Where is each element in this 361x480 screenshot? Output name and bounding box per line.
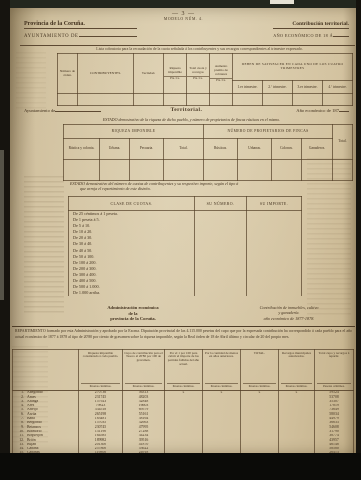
col-header-pueblos	[13, 350, 79, 391]
cuota-row: De 25 céntimos á 1 peseta.	[69, 211, 302, 218]
col-header-partidas-fallidas: Por el 1 por 100 para cubrir el importe …	[165, 350, 203, 391]
col-header-menos-text: Por la cantidad de menos en años anterio…	[203, 350, 240, 382]
unit-pesetas-centimos: Pesetas céntimos.	[317, 383, 351, 389]
col-header-total: Total.	[333, 125, 353, 160]
col-header-fallidas-text: Por el 1 por 100 para cubrir el importe …	[165, 350, 202, 382]
cuota-clase: De 1.000 arriba.	[69, 290, 195, 296]
empty-cell	[233, 94, 263, 106]
ayuntamiento-label-text: AYUNTAMIENTO DE	[24, 34, 79, 39]
municipality-name: Ares	[27, 404, 34, 407]
empty-cell	[134, 94, 164, 106]
lista-cobratoria-caption: Lista cobratoria para la recaudación de …	[50, 47, 349, 51]
col-header-su-importe: SU IMPORTE.	[247, 197, 302, 211]
municipality-name: Brión	[27, 438, 36, 441]
col-header-trimestre-3: 3.er trimestre.	[293, 81, 323, 94]
col-header-recargos: Recargos municipales autorizados. Peseta…	[279, 350, 315, 391]
col-header-trimestre-1: 1.er trimestre.	[233, 81, 263, 94]
municipality-name: Buján	[27, 443, 36, 446]
empty-cell	[204, 160, 238, 181]
unit-pesetas-centimos: Pesetas céntimos.	[81, 383, 120, 389]
unit-pts-cs: Pts. Cs.	[210, 78, 232, 83]
cuota-clase: De 25 céntimos á 1 peseta.	[69, 211, 195, 218]
lista-cobratoria-table: Número de órden. CONTRIBUYENTES. Vecinda…	[57, 53, 353, 106]
col-header-rusticas: Rústicas.	[204, 139, 238, 160]
empty-cell	[263, 94, 293, 106]
municipality-rows: 1.Abegondo 270736 56313 » » » » 59524 2.…	[13, 391, 354, 455]
estado-cuotas-caption-line2: que arroja el repartimiento de este dist…	[70, 186, 308, 191]
unit-pts-cs: Pts. Cs.	[187, 76, 209, 81]
scan-artifact	[270, 0, 294, 4]
scan-bed-top	[0, 0, 361, 8]
col-header-total-riqueza: Total.	[164, 139, 204, 160]
col-header-numero-orden-text: Número de órden.	[58, 70, 77, 78]
trimestres-banner: DEBEN DE SATISFACER EN CADA UNO DE LOS C…	[233, 54, 353, 81]
scan-bleed-artifact	[24, 176, 64, 316]
scan-bleed-artifact	[16, 52, 46, 112]
col-header-riqueza-text: Riqueza imponible	[164, 67, 186, 75]
col-header-aumento-text: Aumento premio de cobranza	[210, 65, 232, 77]
col-header-riqueza-text: Riqueza imponible considerada á cada pue…	[79, 350, 122, 382]
col-header-aumento-cobranza: Aumento premio de cobranza Pts. Cs.	[210, 54, 233, 94]
municipality-name: Boqueijón	[27, 434, 43, 437]
cuota-importe	[247, 211, 302, 218]
municipality-name: Aranga	[27, 400, 38, 403]
col-header-menos-anteriores: Por la cantidad de menos en años anterio…	[203, 350, 241, 391]
col-header-pueblos-text	[13, 350, 78, 382]
empty-cell	[164, 160, 204, 181]
col-header-contribuyentes: CONTRIBUYENTES.	[78, 54, 134, 94]
col-header-total-cuota: Total cuota y recargos Pts. Cs.	[187, 54, 210, 94]
year-187-label: Año económico de 187	[296, 107, 349, 113]
administracion-line3: provincia de la Coruña.	[62, 316, 204, 322]
col-header-vecindad-text: Vecindad.	[134, 72, 163, 76]
empty-cell	[323, 94, 353, 106]
municipality-name: Betanzos	[27, 425, 41, 428]
empty-cell	[58, 94, 78, 106]
empty-cell	[164, 94, 187, 106]
province-title: Provincia de la Coruña.	[24, 21, 137, 29]
col-header-clase-cuotas: CLASE DE CUOTAS.	[69, 197, 195, 211]
clases-de-cuotas-table: CLASE DE CUOTAS. SU NÚMERO. SU IMPORTE. …	[68, 196, 302, 296]
empty-cell	[333, 160, 353, 181]
cuotas-rows: De 25 céntimos á 1 peseta. De 1 peseta á…	[69, 211, 302, 297]
col-header-trimestre-2: 2.º trimestre.	[263, 81, 293, 94]
masthead-right: Contribución territorial. AÑO ECONÓMICO …	[273, 21, 349, 38]
empty-cell	[187, 94, 210, 106]
scan-bed-right	[356, 0, 361, 480]
col-header-vecindad: Vecindad.	[134, 54, 164, 94]
group-header-riqueza: RIQUEZA IMPONIBLE	[64, 125, 204, 139]
contribucion-inmuebles-heading: Contribución de inmuebles, cultivo y gan…	[222, 305, 356, 321]
group-header-propietarios: NÚMERO DE PROPIETARIOS DE FINCAS	[204, 125, 333, 139]
unit-pesetas-centimos: Pesetas céntimos.	[125, 383, 162, 389]
cuota-numero	[195, 290, 247, 296]
col-header-cupo-tesoro: Cupo de contribución para el Tesoro al 2…	[123, 350, 165, 391]
masthead-center: — 3 — MODELO NÚM. 4.	[10, 11, 357, 21]
col-header-riqueza-imponible: Riqueza imponible Pts. Cs.	[164, 54, 187, 94]
municipality-name: Bergondo	[27, 421, 42, 424]
empty-cell	[210, 94, 233, 106]
col-header-colonos: Colonos.	[272, 139, 302, 160]
empty-cell	[302, 160, 333, 181]
section2-header: Ayuntamiento de Territorial. Año económi…	[22, 107, 351, 117]
contribucion-line3: año económico de 1877-1878.	[222, 316, 356, 321]
col-header-trimestre-4: 4.º trimestre.	[323, 81, 353, 94]
divider-rule	[12, 326, 355, 327]
col-header-riqueza-imponible: Riqueza imponible considerada á cada pue…	[79, 350, 123, 391]
estado-riqueza-caption: ESTADO demostrativo de la riqueza de dic…	[40, 117, 343, 122]
municipality-name: Abegondo	[27, 391, 43, 395]
empty-cell	[293, 94, 323, 106]
cuota-numero	[195, 211, 247, 218]
empty-cell	[272, 160, 302, 181]
municipality-name: Baña	[27, 417, 35, 420]
economic-year-text: AÑO ECONÓMICO DE 18 Á	[273, 33, 333, 38]
municipality-name: Arteijo	[27, 408, 38, 411]
col-header-cupo-text: Cupo de contribución para el Tesoro al 2…	[123, 350, 164, 382]
col-header-pecuaria: Pecuaria.	[130, 139, 164, 160]
economic-year-label: AÑO ECONÓMICO DE 18 Á	[273, 32, 349, 38]
municipality-name: Arzúa	[27, 412, 36, 415]
unit-pts-cs: Pts. Cs.	[164, 76, 186, 81]
empty-form-row	[58, 94, 353, 106]
year-187-text: Año económico de 187	[296, 108, 339, 113]
empty-cell	[130, 160, 164, 181]
municipality-name: Boimorto	[27, 430, 42, 433]
page-edge-highlight	[0, 150, 4, 300]
empty-form-row	[64, 160, 353, 181]
col-header-total: TOTAL. Pesetas céntimos.	[241, 350, 279, 391]
col-header-ganaderos: Ganaderos.	[302, 139, 333, 160]
cuota-importe	[247, 290, 302, 296]
col-header-total-text: TOTAL.	[241, 350, 278, 382]
col-header-total-general: Total cupo y recargos á repartir. Peseta…	[315, 350, 354, 391]
repartimiento-table: Riqueza imponible considerada á cada pue…	[12, 349, 354, 454]
col-header-rustica-colonia: Rústica y colonia.	[64, 139, 100, 160]
administracion-heading: Administración económica de la provincia…	[62, 305, 204, 322]
estado-cuotas-caption: ESTADO demostrativo del número de cuotas…	[70, 181, 308, 191]
col-header-urbanas: Urbanas.	[238, 139, 272, 160]
col-header-total-general-text: Total cupo y recargos á repartir.	[315, 350, 353, 382]
empty-cell	[100, 160, 130, 181]
blank-line	[333, 32, 349, 37]
empty-cell	[238, 160, 272, 181]
col-header-contribuyentes-text: CONTRIBUYENTES.	[78, 72, 133, 76]
empty-cell	[78, 94, 134, 106]
col-header-urbana: Urbana.	[100, 139, 130, 160]
repartimiento-paragraph: REPARTIMIENTO formado por esta Administr…	[15, 329, 352, 340]
empty-cell	[64, 160, 100, 181]
unit-pesetas-centimos: Pesetas céntimos.	[205, 383, 238, 389]
unit-pesetas-centimos: Pesetas céntimos.	[243, 383, 276, 389]
unit-pesetas-centimos: Pesetas céntimos.	[167, 383, 200, 389]
contribution-title: Contribución territorial.	[273, 21, 349, 29]
col-header-recargos-text: Recargos municipales autorizados.	[279, 350, 314, 382]
scan-bed-bottom	[0, 453, 361, 480]
riqueza-propietarios-table: RIQUEZA IMPONIBLE NÚMERO DE PROPIETARIOS…	[63, 124, 353, 181]
blank-line	[339, 107, 349, 112]
cuota-row: De 1.000 arriba.	[69, 290, 302, 296]
divider-rule	[20, 45, 355, 46]
municipality-name: Cabana	[27, 447, 38, 450]
col-header-su-numero: SU NÚMERO.	[195, 197, 247, 211]
unit-pesetas-centimos: Pesetas céntimos.	[281, 383, 312, 389]
col-header-total-cuota-text: Total cuota y recargos	[187, 67, 209, 75]
ayuntamiento-label: AYUNTAMIENTO DE	[24, 32, 137, 39]
col-header-numero-orden: Número de órden.	[58, 54, 78, 94]
document-page: — 3 — MODELO NÚM. 4. Provincia de la Cor…	[10, 8, 357, 454]
municipality-name: Ames	[27, 395, 36, 398]
scan-bleed-artifact	[307, 158, 351, 318]
blank-line	[79, 32, 137, 37]
masthead-left: Provincia de la Coruña. AYUNTAMIENTO DE	[24, 21, 137, 39]
